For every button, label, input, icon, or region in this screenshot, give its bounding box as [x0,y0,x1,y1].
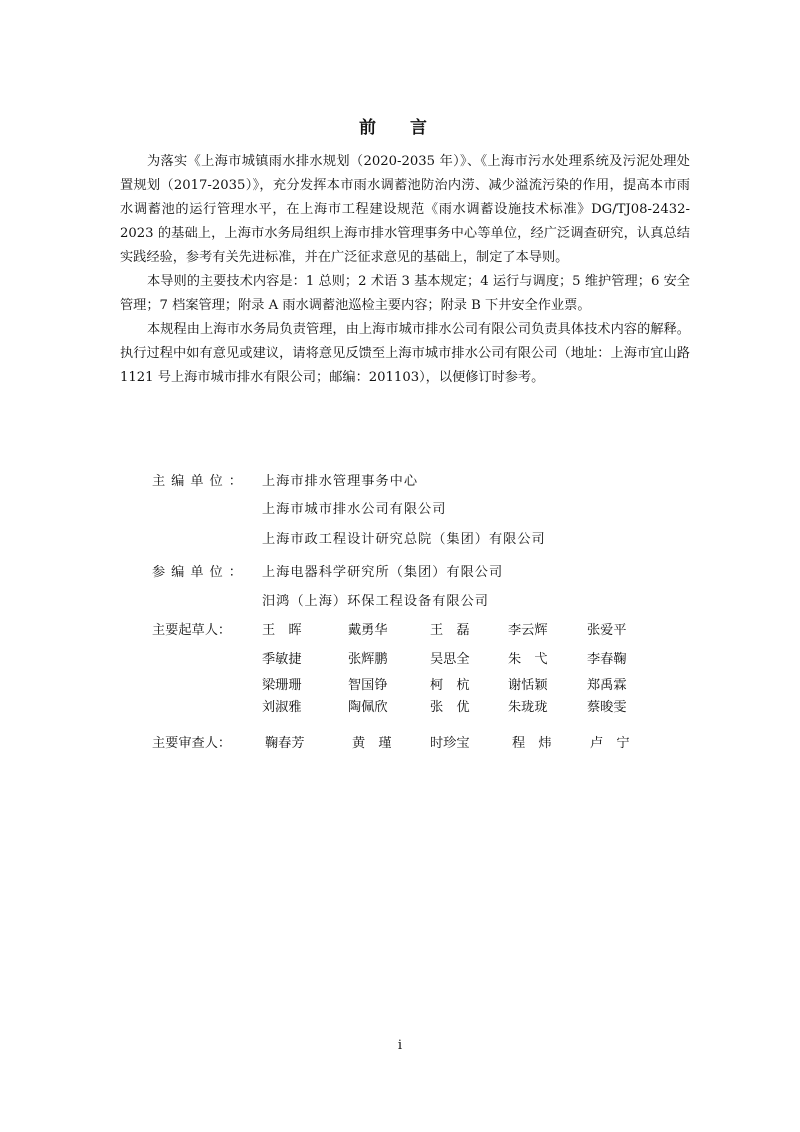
drafter-name: 刘淑雅 [262,696,302,715]
drafter-name: 郑禹霖 [587,674,627,693]
drafter-name: 李云辉 [508,619,548,638]
drafter-name: 季敏捷 [262,648,302,667]
drafter-name: 张爱平 [587,619,627,638]
drafter-name: 蔡晙雯 [587,696,627,715]
drafter-name: 戴勇华 [348,619,388,638]
co-editors-label: 参编单位： [152,561,252,580]
reviewer-name: 鞠春芳 [265,732,305,751]
drafter-name: 朱 弋 [508,648,548,667]
chief-editors-label: 主编单位： [152,470,252,489]
drafter-name: 王 晖 [262,619,302,638]
drafter-name: 梁珊珊 [262,674,302,693]
page-title: 前 言 [0,113,800,138]
reviewers-label: 主要审查人： [152,732,252,751]
paragraph-contents: 本导则的主要技术内容是：1 总则；2 术语 3 基本规定；4 运行与调度；5 维… [120,270,690,318]
reviewer-name: 程 炜 [512,732,552,751]
drafter-name: 王 磊 [430,619,470,638]
drafter-name: 智国铮 [348,674,388,693]
page-number: i [0,1038,800,1053]
drafter-name: 李春鞠 [587,648,627,667]
chief-editor-unit: 上海市政工程设计研究总院（集团）有限公司 [262,528,546,547]
chief-editor-unit: 上海市城市排水公司有限公司 [262,498,446,517]
co-editor-unit: 上海电器科学研究所（集团）有限公司 [262,561,503,580]
chief-editor-unit: 上海市排水管理事务中心 [262,470,418,489]
drafter-name: 柯 杭 [430,674,470,693]
paragraph-management: 本规程由上海市水务局负责管理，由上海市城市排水公司有限公司负责具体技术内容的解释… [120,318,690,390]
paragraph-purpose: 为落实《上海市城镇雨水排水规划（2020-2035 年）》、《上海市污水处理系统… [120,150,690,270]
drafter-name: 吴思全 [430,648,470,667]
drafter-name: 张 优 [430,696,470,715]
reviewer-name: 时珍宝 [430,732,470,751]
drafter-name: 谢恬颖 [508,674,548,693]
drafter-name: 张辉鹏 [348,648,388,667]
reviewer-name: 卢 宁 [590,732,630,751]
preface-body: 为落实《上海市城镇雨水排水规划（2020-2035 年）》、《上海市污水处理系统… [120,150,690,390]
reviewer-name: 黄 瑾 [352,732,392,751]
co-editor-unit: 汨鸿（上海）环保工程设备有限公司 [262,590,489,609]
drafter-name: 陶佩欣 [348,696,388,715]
drafters-label: 主要起草人： [152,619,252,638]
drafter-name: 朱珑珑 [508,696,548,715]
